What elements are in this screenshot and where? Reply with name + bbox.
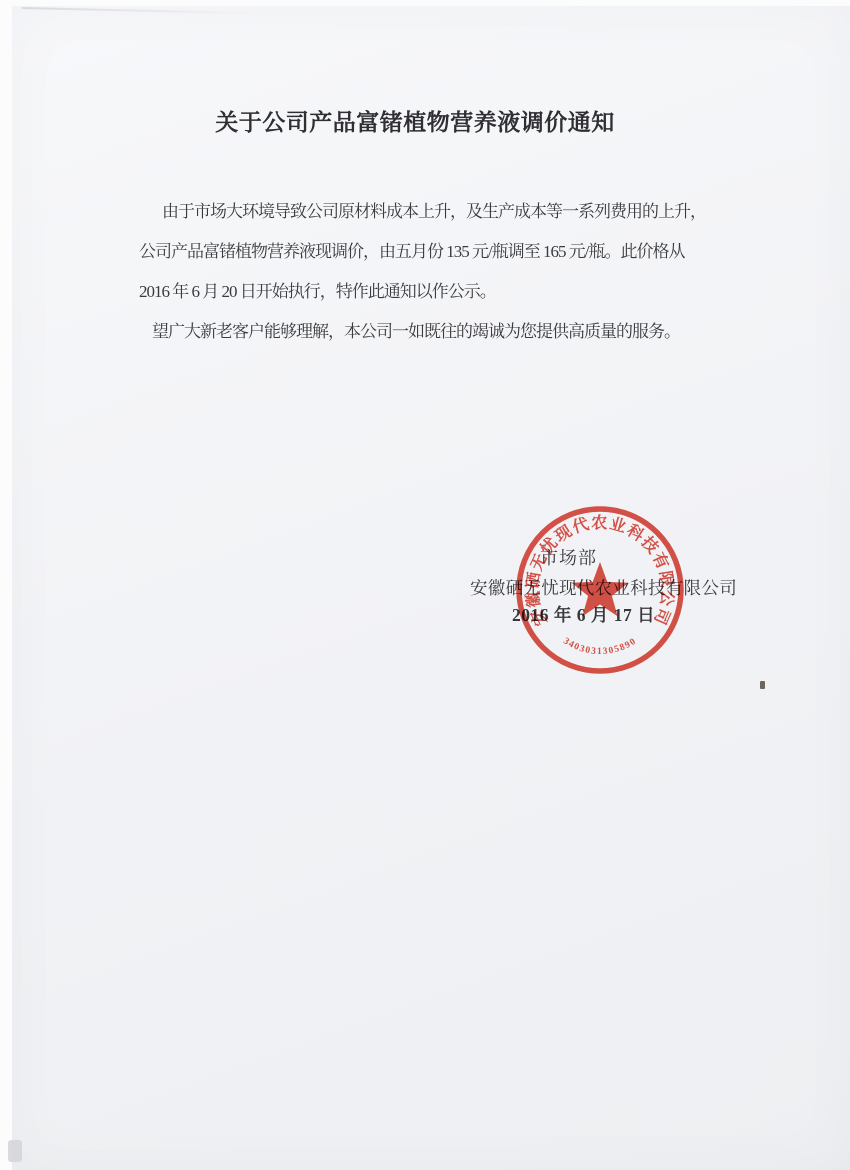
svg-text:3403031305890: 3403031305890: [561, 636, 639, 657]
notice-body: 由于市场大环境导致公司原材料成本上升，及生产成本等一系列费用的上升， 公司产品富…: [139, 192, 739, 352]
company-seal: 安徽硒无忧现代农业科技有限公司 3403031305890: [512, 502, 688, 678]
seal-star-icon: [572, 562, 629, 616]
scan-speck: [8, 1140, 22, 1162]
body-line: 望广大新老客户能够理解，本公司一如既往的竭诚为您提供高质量的服务。: [139, 312, 739, 352]
paper: 关于公司产品富锗植物营养液调价通知 由于市场大环境导致公司原材料成本上升，及生产…: [12, 6, 850, 1170]
body-line: 2016 年 6 月 20 日开始执行，特作此通知以作公示。: [139, 272, 739, 312]
scan-edge-artifact: [22, 7, 262, 14]
notice-title: 关于公司产品富锗植物营养液调价通知: [0, 104, 834, 137]
scanned-page: 关于公司产品富锗植物营养液调价通知 由于市场大环境导致公司原材料成本上升，及生产…: [0, 0, 850, 1170]
body-line: 公司产品富锗植物营养液现调价，由五月份 135 元/瓶调至 165 元/瓶。此价…: [139, 232, 739, 272]
scan-speck: [760, 681, 765, 689]
body-line: 由于市场大环境导致公司原材料成本上升，及生产成本等一系列费用的上升，: [139, 192, 739, 232]
seal-serial-number: 3403031305890: [561, 636, 639, 657]
